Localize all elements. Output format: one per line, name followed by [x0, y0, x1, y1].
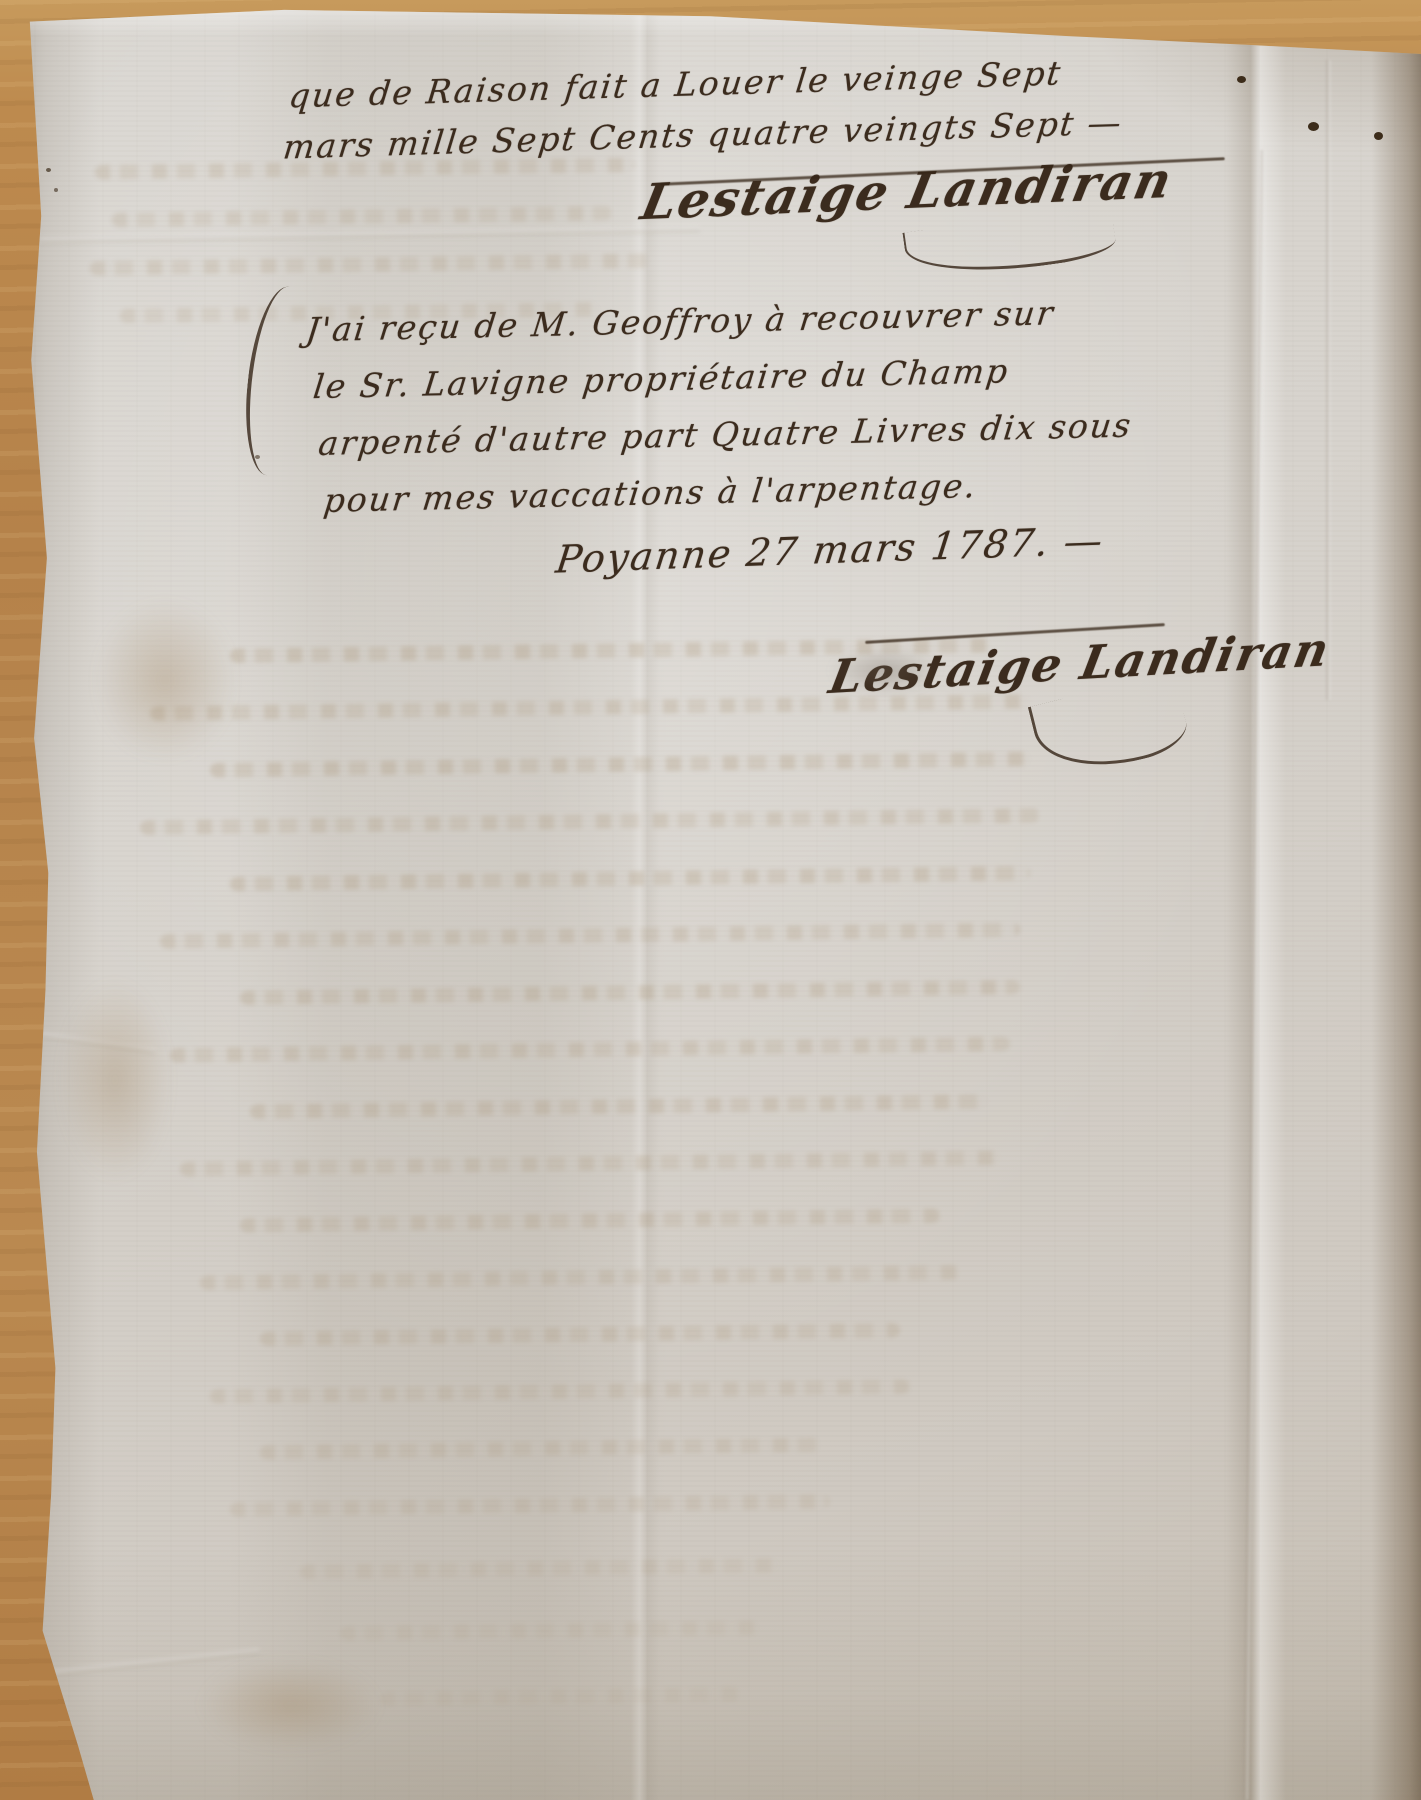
ink-speck	[54, 188, 58, 192]
grey-smudge	[830, 648, 940, 694]
ghost-line	[90, 253, 650, 275]
ghost-line	[240, 1208, 940, 1232]
ghost-line	[180, 1151, 1000, 1177]
ghost-line	[170, 1036, 1010, 1062]
ghost-line	[340, 1620, 760, 1640]
ghost-line	[380, 1687, 740, 1706]
receipt-paragraph: J'ai reçu de M. Geoffroy à recouvrer sur…	[283, 282, 1149, 530]
ghost-line	[210, 1379, 910, 1403]
signature: Lestaige Landiran	[636, 151, 1178, 232]
ghost-line	[230, 1494, 830, 1517]
ink-speck	[255, 455, 260, 459]
ghost-line	[260, 1437, 820, 1459]
ghost-line	[200, 1265, 960, 1290]
worm-hole	[1374, 132, 1383, 140]
worm-hole	[1308, 122, 1319, 131]
fox-stain	[60, 980, 170, 1180]
fox-stain	[95, 600, 235, 760]
ghost-line	[140, 808, 1040, 835]
date-line: Poyanne 27 mars 1787. —	[553, 518, 1106, 581]
ghost-line	[240, 980, 1020, 1005]
ghost-line	[230, 866, 1030, 892]
horizontal-crease	[40, 226, 700, 244]
ghost-line	[250, 1094, 990, 1119]
ghost-line	[210, 752, 1030, 778]
marginal-note: que de Raison fait a Louer le veinge Sep…	[281, 45, 1132, 172]
ghost-line	[260, 1323, 900, 1346]
paper-sheet: que de Raison fait a Louer le veinge Sep…	[0, 0, 1421, 1800]
ink-dot	[1237, 76, 1246, 83]
fox-stain	[200, 1660, 380, 1750]
ghost-line	[160, 922, 1020, 948]
ink-speck	[46, 168, 51, 172]
ghost-line	[112, 206, 612, 227]
vertical-fold-crease	[1326, 60, 1331, 700]
page-fold-line	[1243, 150, 1265, 1800]
ghost-line	[300, 1558, 780, 1579]
photo-of-document: que de Raison fait a Louer le veinge Sep…	[0, 0, 1421, 1800]
